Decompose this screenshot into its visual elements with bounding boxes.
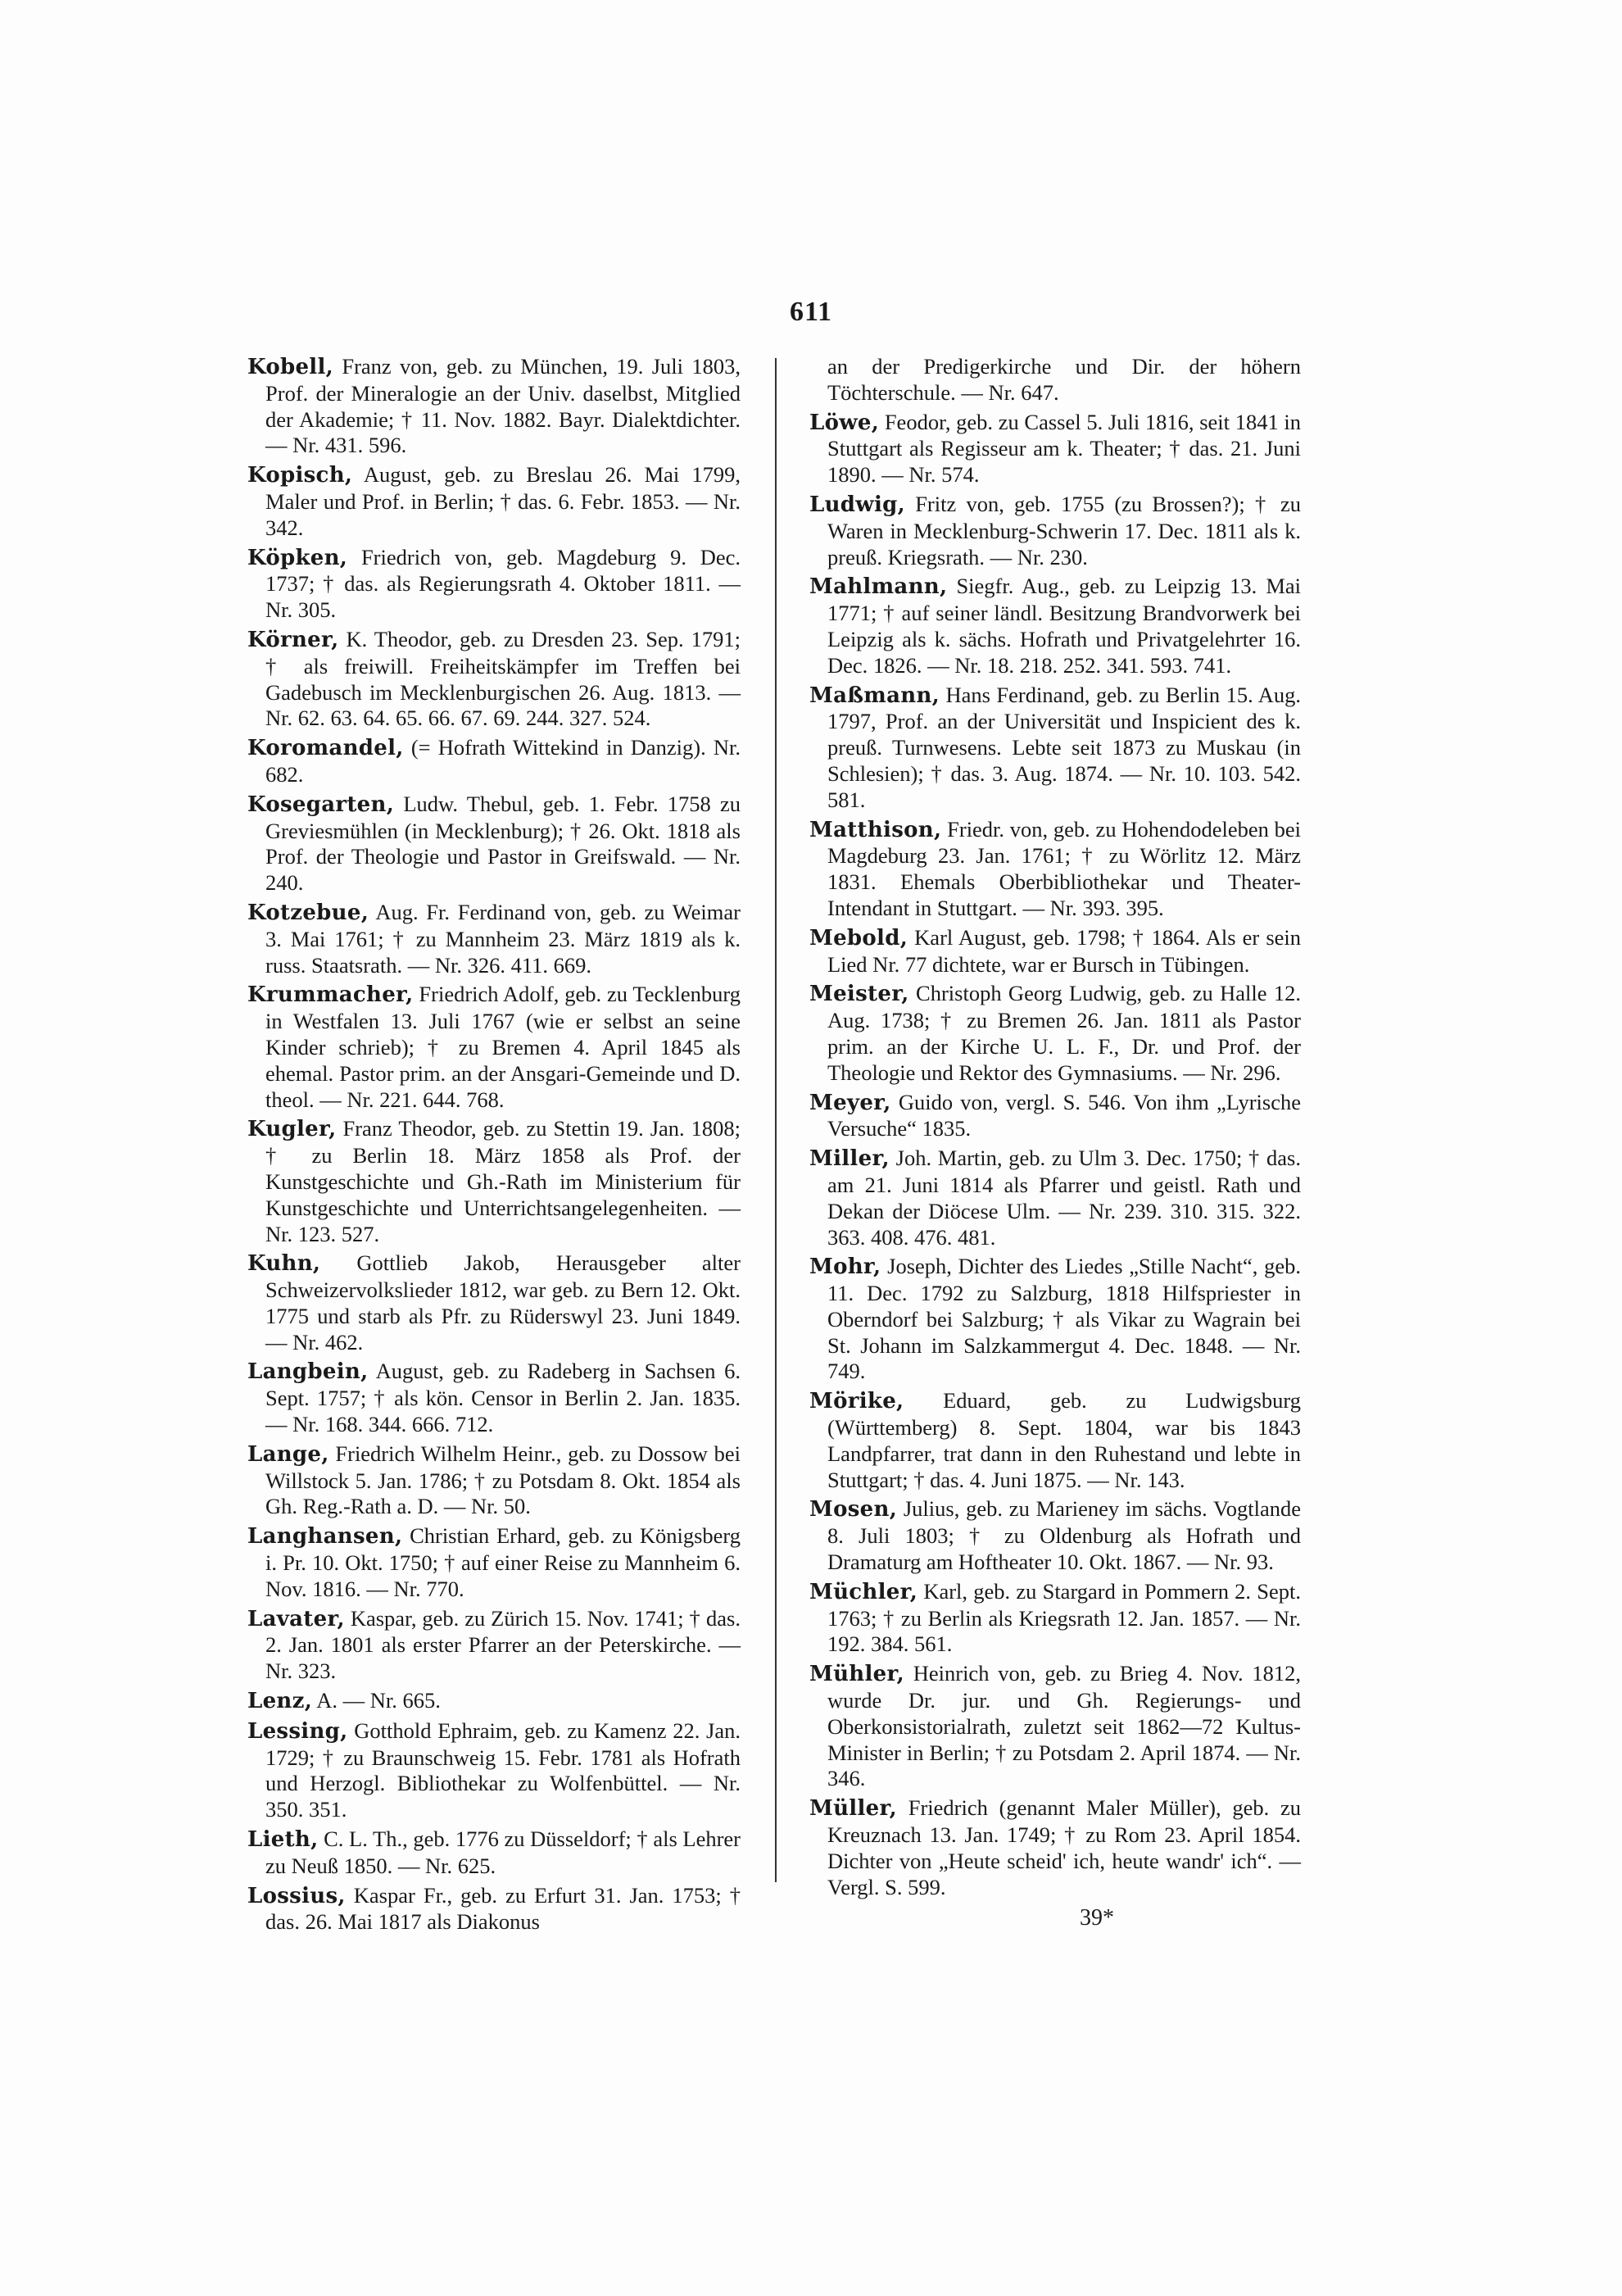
entry-author-name: Mohr,: [809, 1255, 881, 1279]
entry-author-name: Müller,: [809, 1796, 897, 1821]
entry-text: Friedrich (genannt Maler Müller), geb. z…: [827, 1795, 1301, 1899]
entry-author-name: Körner,: [247, 628, 338, 652]
entry-author-name: Kotzebue,: [247, 901, 369, 925]
index-entry: Lossius, Kaspar Fr., geb. zu Erfurt 31. …: [247, 1883, 741, 1936]
entry-author-name: Matthison,: [809, 818, 941, 842]
index-entry: Lenz, A. — Nr. 665.: [247, 1688, 741, 1715]
entry-author-name: Kopisch,: [247, 463, 352, 488]
entry-author-name: Meister,: [809, 982, 909, 1006]
entry-author-name: Mebold,: [809, 926, 908, 951]
entry-author-name: Kosegarten,: [247, 792, 394, 817]
entry-author-name: Löwe,: [809, 411, 879, 435]
index-entry: Löwe, Feodor, geb. zu Cassel 5. Juli 181…: [809, 410, 1301, 488]
entry-text: Franz Theodor, geb. zu Stettin 19. Jan. …: [265, 1116, 741, 1246]
index-entry: Miller, Joh. Martin, geb. zu Ulm 3. Dec.…: [809, 1146, 1301, 1250]
entry-author-name: Mosen,: [809, 1497, 897, 1522]
left-column: Kobell, Franz von, geb. zu München, 19. …: [247, 354, 741, 1939]
index-entry: an der Predigerkirche und Dir. der höher…: [809, 354, 1301, 406]
entry-author-name: Lessing,: [247, 1719, 348, 1744]
entry-author-name: Lossius,: [247, 1884, 346, 1908]
entry-author-name: Langbein,: [247, 1359, 368, 1384]
index-entry: Ludwig, Fritz von, geb. 1755 (zu Brossen…: [809, 492, 1301, 570]
entry-author-name: Kuhn,: [247, 1251, 320, 1276]
entry-author-name: Krummacher,: [247, 982, 414, 1007]
index-entry: Lavater, Kaspar, geb. zu Zürich 15. Nov.…: [247, 1606, 741, 1685]
index-entry: Lieth, C. L. Th., geb. 1776 zu Düsseldor…: [247, 1826, 741, 1880]
index-entry: Kugler, Franz Theodor, geb. zu Stettin 1…: [247, 1116, 741, 1247]
entry-author-name: Müchler,: [809, 1580, 917, 1604]
entry-author-name: Mühler,: [809, 1662, 904, 1686]
entry-text: Gottlieb Jakob, Herausgeber alter Schwei…: [265, 1250, 741, 1354]
index-entry: Maßmann, Hans Ferdinand, geb. zu Berlin …: [809, 683, 1301, 814]
entry-text: Franz von, geb. zu München, 19. Juli 180…: [265, 354, 741, 457]
entry-text: an der Predigerkirche und Dir. der höher…: [827, 354, 1301, 405]
entry-author-name: Lenz,: [247, 1689, 312, 1713]
entry-author-name: Koromandel,: [247, 736, 404, 760]
index-entry: Mörike, Eduard, geb. zu Ludwigsburg (Wür…: [809, 1388, 1301, 1493]
document-page: 611 Kobell, Franz von, geb. zu München, …: [0, 0, 1622, 2296]
entry-author-name: Lieth,: [247, 1827, 318, 1852]
index-entry: Matthison, Friedr. von, geb. zu Hohendod…: [809, 817, 1301, 922]
index-entry: Mühler, Heinrich von, geb. zu Brieg 4. N…: [809, 1661, 1301, 1792]
entry-author-name: Miller,: [809, 1146, 890, 1171]
index-entry: Mosen, Julius, geb. zu Marieney im sächs…: [809, 1496, 1301, 1575]
sheet-signature: 39*: [1080, 1905, 1114, 1931]
entry-author-name: Köpken,: [247, 546, 347, 570]
index-entry: Mebold, Karl August, geb. 1798; † 1864. …: [809, 925, 1301, 978]
entry-author-name: Meyer,: [809, 1091, 891, 1115]
index-entry: Kosegarten, Ludw. Thebul, geb. 1. Febr. …: [247, 792, 741, 896]
entry-author-name: Maßmann,: [809, 683, 940, 708]
entry-author-name: Mahlmann,: [809, 574, 947, 599]
right-column: an der Predigerkirche und Dir. der höher…: [809, 354, 1301, 1904]
index-entry: Langhansen, Christian Erhard, geb. zu Kö…: [247, 1523, 741, 1602]
entry-author-name: Langhansen,: [247, 1524, 402, 1549]
index-entry: Lange, Friedrich Wilhelm Heinr., geb. zu…: [247, 1441, 741, 1520]
index-entry: Kopisch, August, geb. zu Breslau 26. Mai…: [247, 462, 741, 541]
entry-text: Julius, geb. zu Marieney im sächs. Vogtl…: [827, 1496, 1301, 1574]
index-entry: Koromandel, (= Hofrath Wittekind in Danz…: [247, 735, 741, 788]
index-entry: Mohr, Joseph, Dichter des Liedes „Stille…: [809, 1254, 1301, 1385]
entry-text: Friedrich Wilhelm Heinr., geb. zu Dossow…: [265, 1441, 741, 1519]
index-entry: Kotzebue, Aug. Fr. Ferdinand von, geb. z…: [247, 900, 741, 978]
entry-author-name: Ludwig,: [809, 492, 905, 517]
entry-text: Joseph, Dichter des Liedes „Stille Nacht…: [827, 1254, 1301, 1383]
index-entry: Krummacher, Friedrich Adolf, geb. zu Tec…: [247, 982, 741, 1113]
entry-text: Feodor, geb. zu Cassel 5. Juli 1816, sei…: [827, 410, 1301, 488]
index-entry: Körner, K. Theodor, geb. zu Dresden 23. …: [247, 627, 741, 732]
index-entry: Meyer, Guido von, vergl. S. 546. Von ihm…: [809, 1090, 1301, 1143]
page-number: 611: [0, 297, 1622, 328]
entry-author-name: Lange,: [247, 1442, 329, 1467]
index-entry: Lessing, Gotthold Ephraim, geb. zu Kamen…: [247, 1718, 741, 1823]
index-entry: Mahlmann, Siegfr. Aug., geb. zu Leipzig …: [809, 574, 1301, 678]
index-entry: Kobell, Franz von, geb. zu München, 19. …: [247, 354, 741, 459]
entry-text: A. — Nr. 665.: [316, 1688, 441, 1713]
entry-author-name: Kugler,: [247, 1117, 337, 1141]
entry-text: Guido von, vergl. S. 546. Von ihm „Lyris…: [827, 1090, 1301, 1141]
index-entry: Meister, Christoph Georg Ludwig, geb. zu…: [809, 981, 1301, 1086]
index-entry: Köpken, Friedrich von, geb. Magdeburg 9.…: [247, 545, 741, 624]
index-entry: Müchler, Karl, geb. zu Stargard in Pomme…: [809, 1579, 1301, 1658]
index-entry: Kuhn, Gottlieb Jakob, Herausgeber alter …: [247, 1250, 741, 1355]
index-entry: Müller, Friedrich (genannt Maler Müller)…: [809, 1795, 1301, 1900]
entry-text: C. L. Th., geb. 1776 zu Düsseldorf; † al…: [265, 1826, 741, 1878]
entry-author-name: Lavater,: [247, 1607, 345, 1631]
column-divider: [775, 358, 777, 1882]
index-entry: Langbein, August, geb. zu Radeberg in Sa…: [247, 1359, 741, 1437]
entry-author-name: Kobell,: [247, 355, 333, 379]
entry-text: Joh. Martin, geb. zu Ulm 3. Dec. 1750; †…: [827, 1146, 1301, 1249]
entry-author-name: Mörike,: [809, 1389, 904, 1413]
